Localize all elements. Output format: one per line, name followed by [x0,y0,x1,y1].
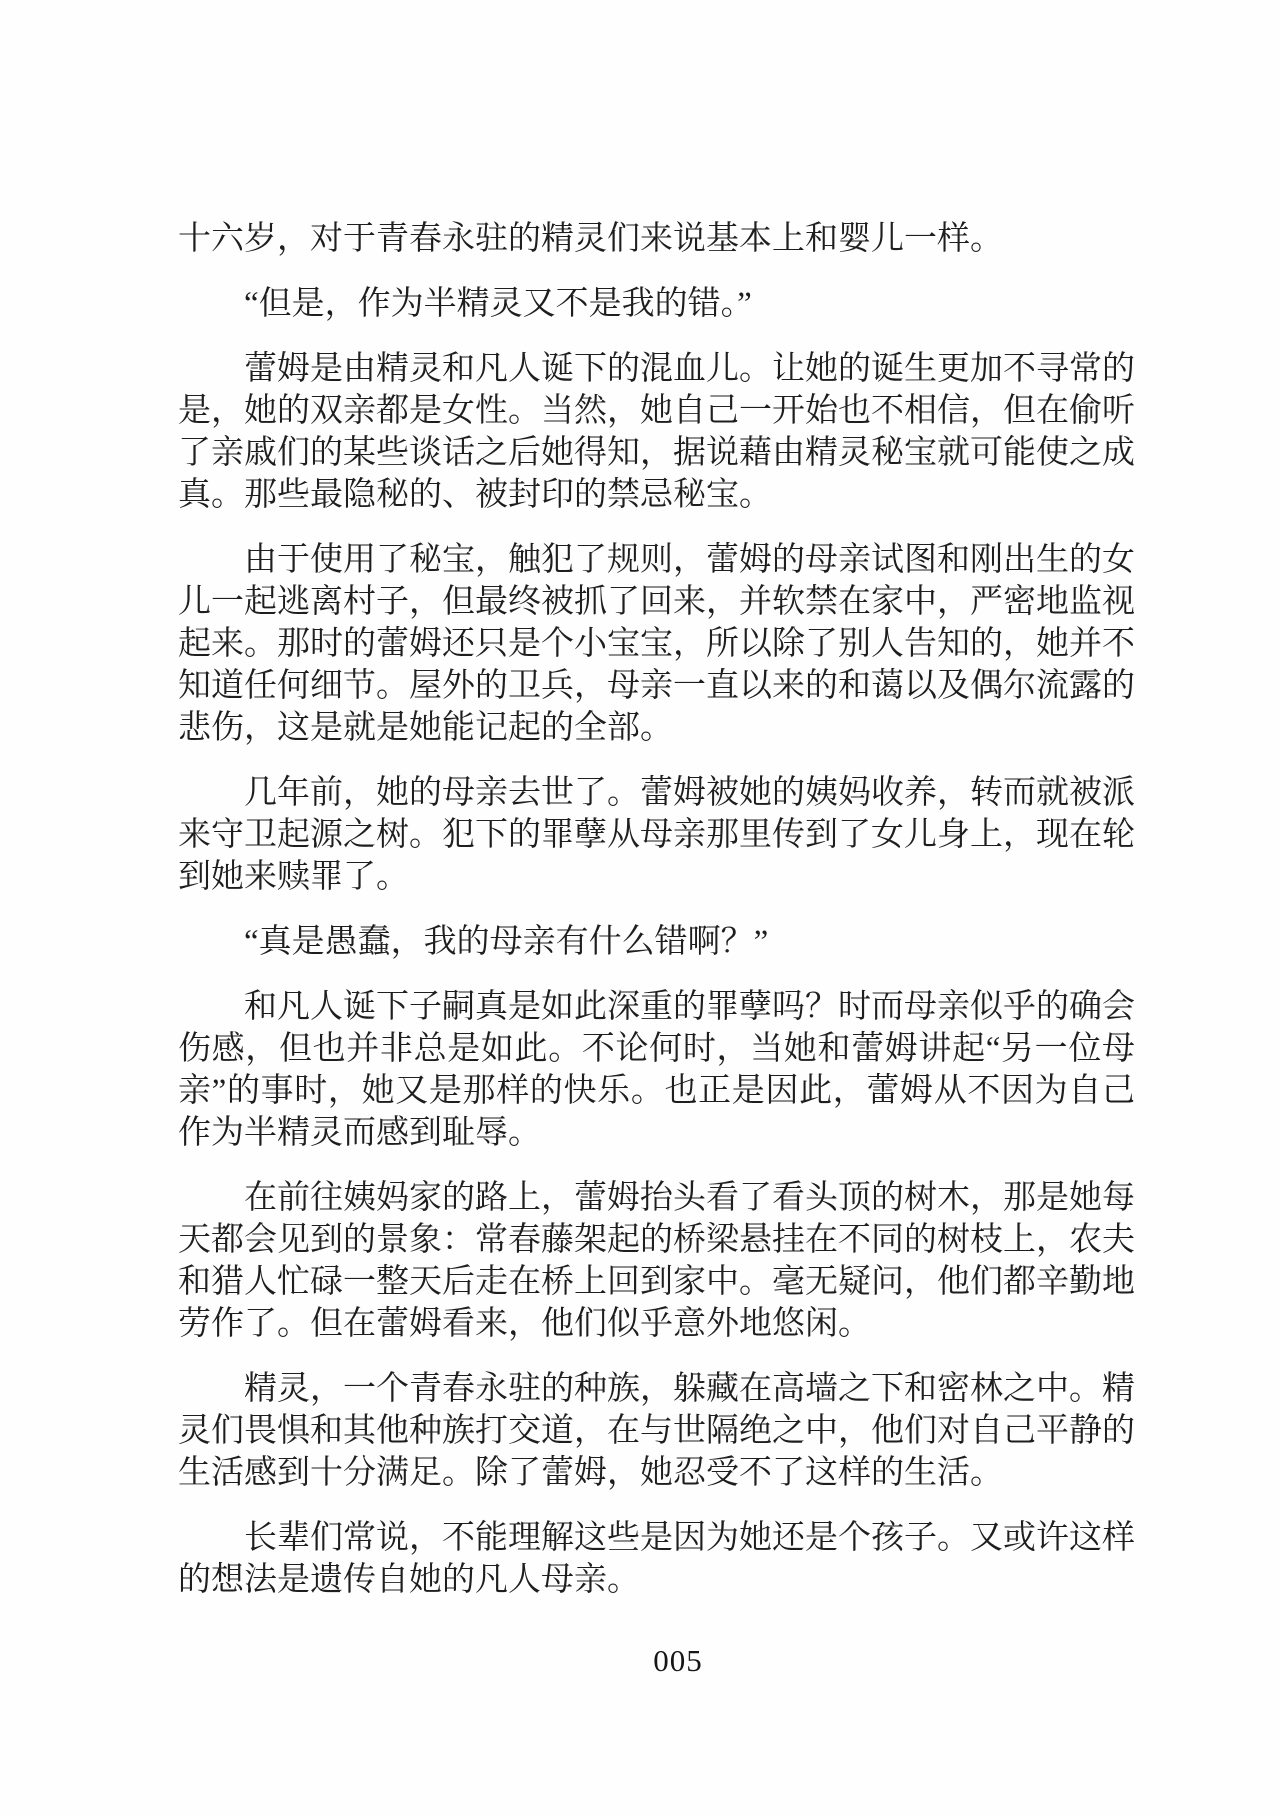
paragraph-text: 几年前，她的母亲去世了。蕾姆被她的姨妈收养，转而就被派来守卫起源之树。犯下的罪孽… [178,772,1135,898]
dialogue-quote: “真是愚蠢，我的母亲有什么错啊？” [178,921,1135,963]
page-text-block: 十六岁，对于青春永驻的精灵们来说基本上和婴儿一样。 “但是，作为半精灵又不是我的… [178,218,1135,1601]
book-page: 十六岁，对于青春永驻的精灵们来说基本上和婴儿一样。 “但是，作为半精灵又不是我的… [0,0,1280,1816]
paragraph-text: 长辈们常说，不能理解这些是因为她还是个孩子。又或许这样的想法是遗传自她的凡人母亲… [178,1517,1135,1601]
paragraph-text: 在前往姨妈家的路上，蕾姆抬头看了看头顶的树木，那是她每天都会见到的景象：常春藤架… [178,1177,1135,1345]
page-number: 005 [653,1644,703,1678]
paragraph-text: 十六岁，对于青春永驻的精灵们来说基本上和婴儿一样。 [178,218,1135,260]
paragraph-text: 蕾姆是由精灵和凡人诞下的混血儿。让她的诞生更加不寻常的是，她的双亲都是女性。当然… [178,348,1135,516]
dialogue-quote: “但是，作为半精灵又不是我的错。” [178,283,1135,325]
paragraph-text: 由于使用了秘宝，触犯了规则，蕾姆的母亲试图和刚出生的女儿一起逃离村子，但最终被抓… [178,539,1135,749]
paragraph-text: 和凡人诞下子嗣真是如此深重的罪孽吗？时而母亲似乎的确会伤感，但也并非总是如此。不… [178,986,1135,1154]
paragraph-text: 精灵，一个青春永驻的种族，躲藏在高墙之下和密林之中。精灵们畏惧和其他种族打交道，… [178,1368,1135,1494]
page-footer: 005 [0,1644,1280,1678]
